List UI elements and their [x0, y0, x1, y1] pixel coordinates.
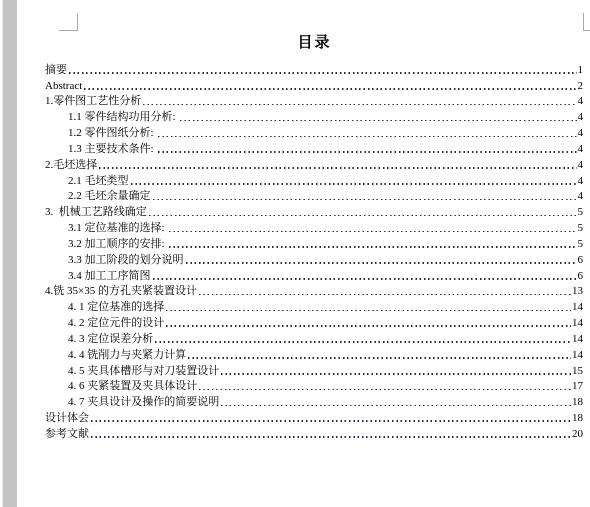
toc-entry[interactable]: 1.1 零件结构功用分析: 4: [45, 108, 583, 124]
toc-entry-page-number: 14: [572, 349, 583, 362]
toc-entry-page-number: 5: [578, 238, 584, 251]
dot-leader: [84, 88, 576, 90]
toc-entry-page-number: 4: [578, 143, 584, 156]
toc-entry[interactable]: 设计体会 18: [45, 409, 583, 425]
toc-entry-page-number: 4: [578, 127, 584, 140]
toc-entry-page-number: 15: [572, 365, 583, 378]
toc-entry-label: 3. 机械工艺路线确定: [45, 206, 147, 219]
toc-entry-page-number: 14: [572, 317, 583, 330]
toc-entry-label: 4. 7 夹具设计及操作的简要说明: [68, 396, 219, 409]
document-page: 目录 摘要 1 Abstract 2 1.零件图工艺性分析 4 1.1 零件结构…: [17, 0, 590, 507]
toc-entry[interactable]: 4. 4 铣削力与夹紧力计算 14: [45, 346, 583, 362]
dot-leader: [99, 167, 576, 169]
toc-entry[interactable]: 3.4 加工工序简图 6: [45, 267, 583, 283]
toc-entry-page-number: 13: [572, 285, 583, 298]
toc-entry-page-number: 1: [578, 64, 584, 77]
text-boundary-corner-mark-left: [59, 13, 78, 31]
toc-entry[interactable]: 4. 2 定位元件的设计 14: [45, 314, 583, 330]
toc-entry-label: 1.2 零件图纸分析:: [68, 127, 156, 140]
workspace-background-strip: [2, 0, 18, 507]
toc-entry[interactable]: 4. 3 定位误差分析 14: [45, 330, 583, 346]
toc-entry-page-number: 4: [578, 190, 584, 203]
toc-entry-label: 3.4 加工工序简图: [68, 270, 151, 283]
toc-entry-label: 3.3 加工阶段的划分说明: [68, 254, 184, 267]
toc-entry[interactable]: 3.2 加工顺序的安排: 5: [45, 235, 583, 251]
toc-entry-page-number: 6: [578, 270, 584, 283]
dot-leader: [180, 120, 576, 122]
toc-entry[interactable]: 1.2 零件图纸分析: 4: [45, 124, 583, 140]
toc-entry-page-number: 17: [572, 380, 583, 393]
toc-entry-label: 2.1 毛坯类型: [68, 175, 129, 188]
toc-entry-label: Abstract: [45, 80, 82, 93]
toc-entry-page-number: 4: [578, 111, 584, 124]
toc-entry-label: 1.3 主要技术条件:: [68, 143, 156, 156]
toc-entry[interactable]: 4. 7 夹具设计及操作的简要说明 18: [45, 393, 583, 409]
toc-entry[interactable]: Abstract 2: [45, 77, 583, 93]
dot-leader: [158, 136, 576, 138]
dot-leader: [186, 262, 577, 264]
dot-leader: [91, 436, 571, 438]
dot-leader: [155, 341, 571, 343]
toc-entry[interactable]: 4. 5 夹具体槽形与对刀装置设计 15: [45, 362, 583, 378]
toc-entry[interactable]: 2.1 毛坯类型 4: [45, 172, 583, 188]
dot-leader: [199, 294, 571, 296]
toc-entry[interactable]: 参考文献 20: [45, 425, 583, 441]
text-boundary-corner-mark-right: [583, 13, 590, 31]
toc-entry-label: 4. 4 铣削力与夹紧力计算: [68, 349, 186, 362]
toc-entry-page-number: 4: [578, 159, 584, 172]
dot-leader: [69, 72, 577, 74]
toc-entry-page-number: 2: [578, 80, 584, 93]
dot-leader: [221, 405, 571, 407]
dot-leader: [91, 420, 571, 422]
dot-leader: [188, 357, 571, 359]
toc-list: 摘要 1 Abstract 2 1.零件图工艺性分析 4 1.1 零件结构功用分…: [17, 61, 590, 441]
toc-entry-label: 3.2 加工顺序的安排:: [68, 238, 167, 251]
dot-leader: [131, 183, 577, 185]
toc-entry-label: 4. 2 定位元件的设计: [68, 317, 164, 330]
toc-entry-label: 2.毛坯选择: [45, 159, 97, 172]
word-document-view: 目录 摘要 1 Abstract 2 1.零件图工艺性分析 4 1.1 零件结构…: [0, 0, 590, 507]
toc-entry-page-number: 4: [578, 175, 584, 188]
dot-leader: [199, 389, 571, 391]
dot-leader: [221, 373, 571, 375]
dot-leader: [166, 325, 571, 327]
toc-entry[interactable]: 2.2 毛坯余量确定 4: [45, 188, 583, 204]
toc-entry-label: 4. 3 定位误差分析: [68, 333, 153, 346]
toc-entry-label: 1.零件图工艺性分析: [45, 95, 141, 108]
toc-entry-page-number: 14: [572, 333, 583, 346]
toc-entry-page-number: 20: [572, 428, 583, 441]
dot-leader: [169, 246, 576, 248]
toc-entry[interactable]: 1.零件图工艺性分析 4: [45, 93, 583, 109]
toc-entry[interactable]: 3. 机械工艺路线确定 5: [45, 203, 583, 219]
toc-entry[interactable]: 4. 6 夹紧装置及夹具体设计 17: [45, 378, 583, 394]
toc-entry-label: 4. 6 夹紧装置及夹具体设计: [68, 380, 197, 393]
toc-entry-page-number: 4: [578, 95, 584, 108]
toc-entry-page-number: 6: [578, 254, 584, 267]
toc-entry[interactable]: 2.毛坯选择 4: [45, 156, 583, 172]
toc-entry[interactable]: 1.3 主要技术条件: 4: [45, 140, 583, 156]
toc-entry-label: 参考文献: [45, 428, 89, 441]
toc-entry-label: 摘要: [45, 64, 67, 77]
toc-entry-label: 4. 5 夹具体槽形与对刀装置设计: [68, 365, 219, 378]
toc-entry[interactable]: 摘要 1: [45, 61, 583, 77]
dot-leader: [153, 278, 577, 280]
dot-leader: [169, 231, 576, 233]
toc-entry-label: 3.1 定位基准的选择:: [68, 222, 167, 235]
toc-entry-page-number: 5: [578, 206, 584, 219]
toc-entry[interactable]: 4. 1 定位基准的选择 14: [45, 298, 583, 314]
toc-entry[interactable]: 3.1 定位基准的选择: 5: [45, 219, 583, 235]
toc-entry-page-number: 18: [572, 412, 583, 425]
toc-entry-page-number: 5: [578, 222, 584, 235]
toc-entry[interactable]: 4.铣 35×35 的方孔夹紧装置设计 13: [45, 283, 583, 299]
toc-entry-label: 1.1 零件结构功用分析:: [68, 111, 178, 124]
dot-leader: [149, 215, 577, 217]
toc-title: 目录: [28, 33, 590, 53]
toc-entry-label: 4. 1 定位基准的选择: [68, 301, 164, 314]
toc-entry[interactable]: 3.3 加工阶段的划分说明 6: [45, 251, 583, 267]
toc-entry-label: 设计体会: [45, 412, 89, 425]
toc-entry-page-number: 14: [572, 301, 583, 314]
dot-leader: [166, 310, 571, 312]
toc-entry-label: 4.铣 35×35 的方孔夹紧装置设计: [45, 285, 197, 298]
toc-entry-page-number: 18: [572, 396, 583, 409]
dot-leader: [153, 199, 577, 201]
dot-leader: [143, 104, 576, 106]
dot-leader: [158, 151, 576, 153]
toc-entry-label: 2.2 毛坯余量确定: [68, 190, 151, 203]
